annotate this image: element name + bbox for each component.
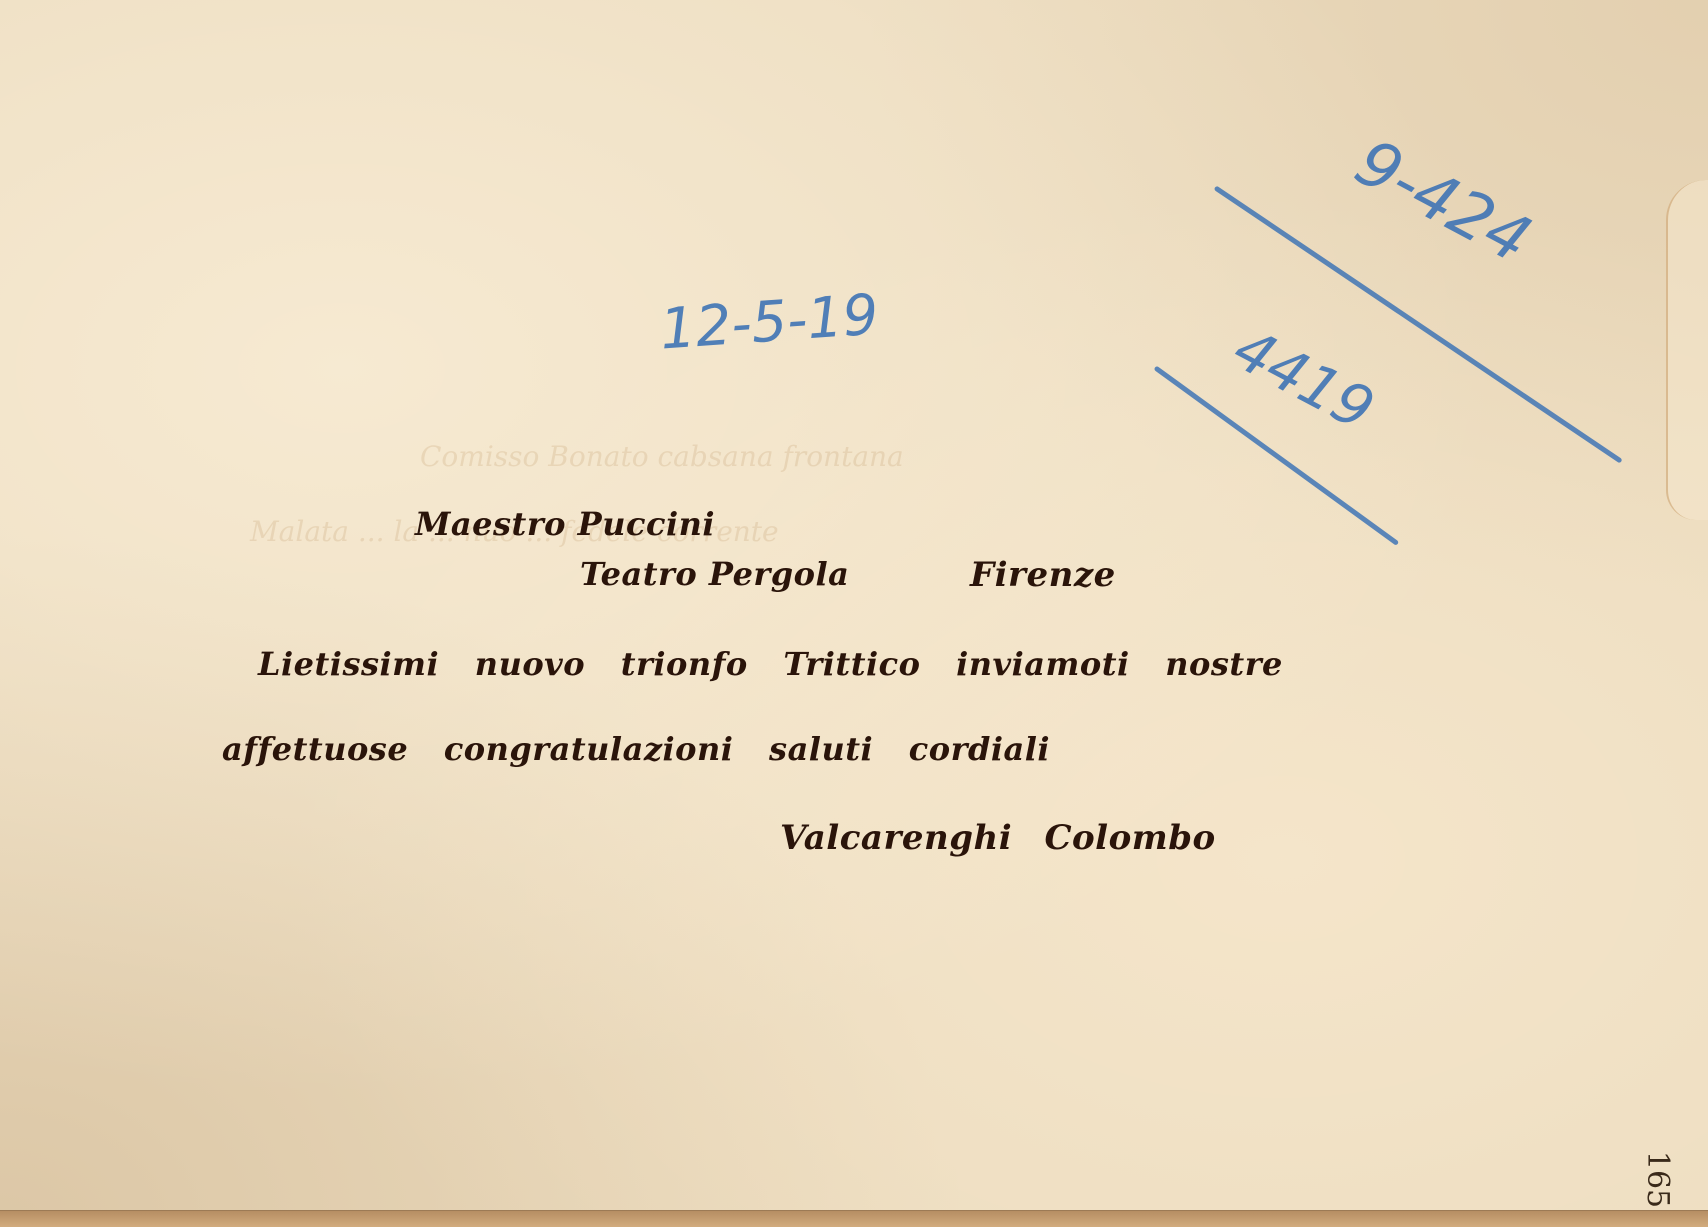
word: trionfo: [621, 645, 748, 683]
word: saluti: [769, 730, 873, 768]
boxed-archive-number: 4419: [1223, 314, 1385, 443]
folio-number: 165: [1640, 1151, 1675, 1208]
date-annotation: 12-5-19: [658, 282, 881, 362]
word: Lietissimi: [258, 645, 439, 683]
word: nuovo: [475, 645, 585, 683]
page-bottom-edge: [0, 1210, 1708, 1227]
word: inviamoti: [956, 645, 1130, 683]
word: Trittico: [783, 645, 920, 683]
recipient-city: Firenze: [970, 555, 1116, 595]
message-line-2: affettuose congratulazioni saluti cordia…: [222, 730, 1050, 768]
recipient-name: Maestro Puccini: [415, 505, 715, 543]
telegram-page: Comisso Bonato cabsana frontana Malata .…: [0, 0, 1708, 1227]
word: cordiali: [909, 730, 1050, 768]
archive-number-annotation: 9-424: [1344, 126, 1543, 279]
paper-stain: [1666, 180, 1708, 520]
word: congratulazioni: [444, 730, 734, 768]
word: affettuose: [222, 730, 408, 768]
bleed-through-text: Comisso Bonato cabsana frontana: [420, 440, 904, 473]
word: nostre: [1165, 645, 1283, 683]
message-line-1: Lietissimi nuovo trionfo Trittico inviam…: [258, 645, 1283, 683]
recipient-venue: Teatro Pergola: [580, 555, 849, 593]
signature: Valcarenghi Colombo: [780, 818, 1216, 858]
